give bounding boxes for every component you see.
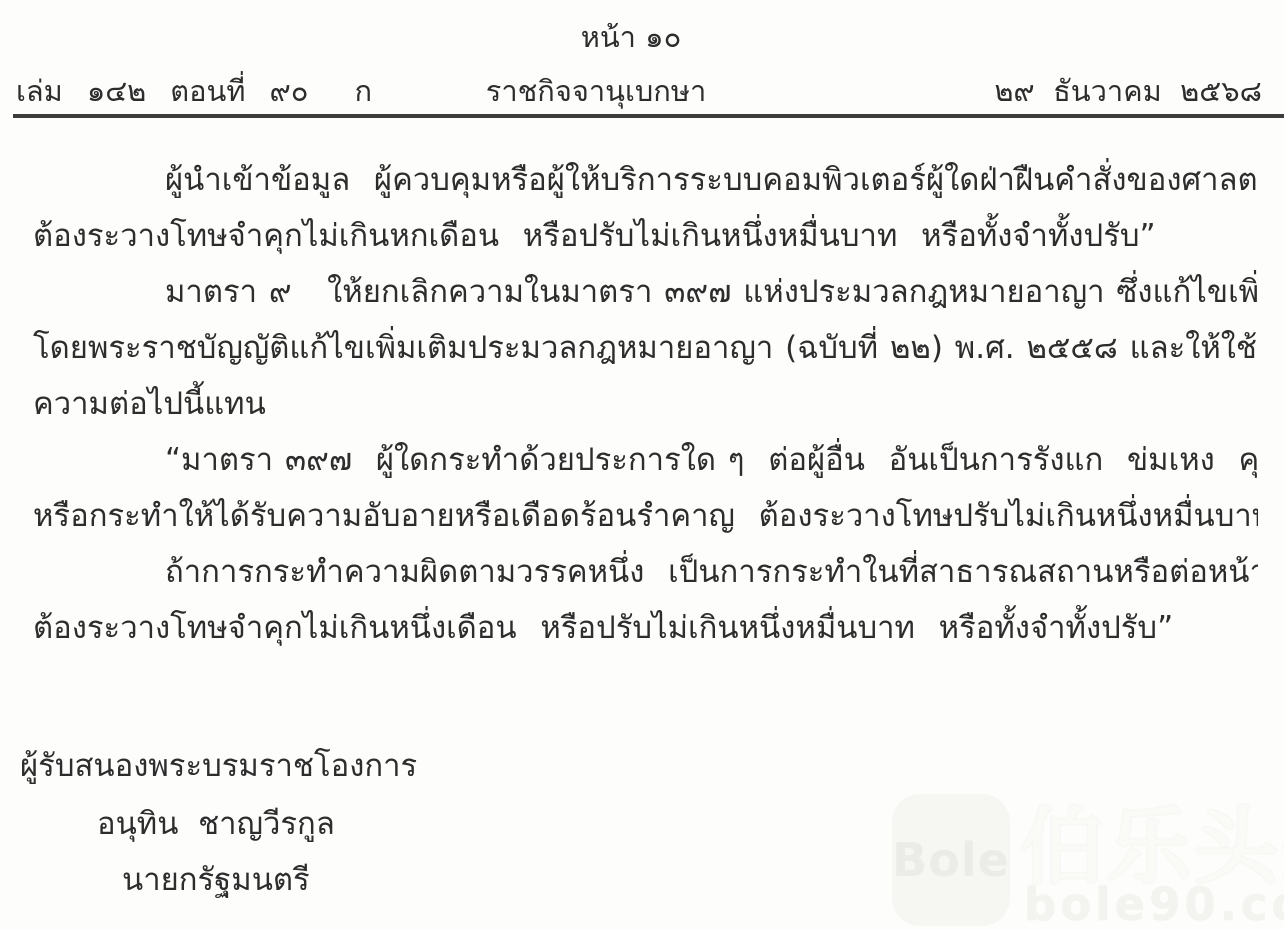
watermark-brand-text: 伯乐头条	[1020, 780, 1284, 901]
body-line: “มาตรา ๓๙๗ ผู้ใดกระทำด้วยประการใด ๆ ต่อผ…	[33, 432, 1258, 488]
watermark-logo-icon: Bole	[892, 794, 1010, 926]
body-line: ต้องระวางโทษจำคุกไม่เกินหนึ่งเดือน หรือป…	[33, 600, 1258, 656]
part-number: ๙๐	[270, 68, 309, 114]
volume-label: เล่ม	[16, 68, 63, 114]
page-number: หน้า ๑๐	[0, 14, 1262, 60]
body-line: หรือกระทำให้ได้รับความอับอายหรือเดือดร้อ…	[33, 488, 1258, 544]
document-body: ผู้นำเข้าข้อมูล ผู้ควบคุมหรือผู้ให้บริกา…	[33, 152, 1258, 656]
watermark-domain-text: bole90.com	[1024, 878, 1284, 930]
countersign-label: ผู้รับสนองพระบรมราชโองการ	[20, 740, 620, 790]
header-divider-rule	[13, 114, 1284, 118]
signer-name: อนุทิน ชาญวีรกูล	[97, 798, 697, 848]
part-label: ตอนที่	[170, 68, 245, 114]
body-line: โดยพระราชบัญญัติแก้ไขเพิ่มเติมประมวลกฎหม…	[33, 320, 1258, 376]
section-letter: ก	[354, 68, 372, 114]
body-line: ผู้นำเข้าข้อมูล ผู้ควบคุมหรือผู้ให้บริกา…	[33, 152, 1258, 208]
site-watermark: Bole 伯乐头条 bole90.com	[884, 778, 1284, 930]
issue-date: ๒๙ ธันวาคม ๒๕๖๘	[994, 68, 1262, 114]
body-line: ถ้าการกระทำความผิดตามวรรคหนึ่ง เป็นการกร…	[33, 544, 1258, 600]
body-line: ต้องระวางโทษจำคุกไม่เกินหกเดือน หรือปรับ…	[33, 208, 1258, 264]
volume-part-info: เล่ม ๑๔๒ ตอนที่ ๙๐ ก	[16, 68, 372, 114]
volume-number: ๑๔๒	[87, 68, 146, 114]
gazette-title: ราชกิจจานุเบกษา	[486, 68, 706, 114]
header-row: เล่ม ๑๔๒ ตอนที่ ๙๐ ก ราชกิจจานุเบกษา ๒๙ …	[0, 68, 1284, 112]
signer-title: นายกรัฐมนตรี	[122, 854, 722, 904]
body-line: ความต่อไปนี้แทน	[33, 376, 1258, 432]
signature-block: ผู้รับสนองพระบรมราชโองการ อนุทิน ชาญวีรก…	[0, 740, 39, 920]
body-line: มาตรา ๙ ให้ยกเลิกความในมาตรา ๓๙๗ แห่งประ…	[33, 264, 1258, 320]
gazette-page: หน้า ๑๐ เล่ม ๑๔๒ ตอนที่ ๙๐ ก ราชกิจจานุเ…	[0, 0, 1284, 930]
